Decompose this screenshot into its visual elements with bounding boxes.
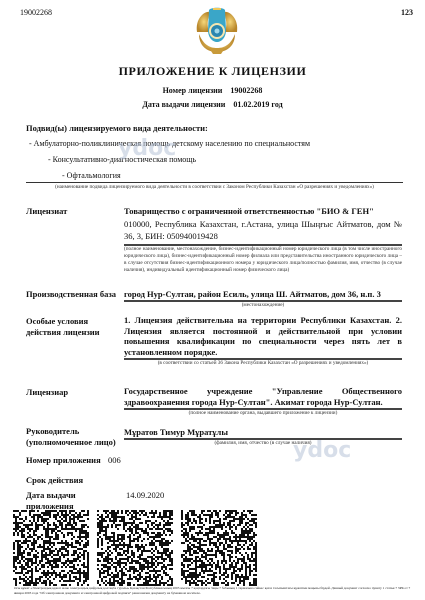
production-base-note: (местонахождение)	[124, 302, 402, 309]
appendix-date-label-line1: Дата выдачи	[26, 490, 76, 501]
licensee-note: (полное наименование, местонахождение, б…	[124, 246, 402, 274]
qr-code-icon	[13, 510, 89, 586]
special-conditions-label-line2: действия лицензии	[26, 327, 100, 338]
license-number-line: Номер лицензии 19002268	[0, 86, 425, 95]
head-label: Руководитель (уполномоченное лицо)	[26, 426, 116, 448]
head-label-line2: (уполномоченное лицо)	[26, 437, 116, 448]
qr-code-icon	[97, 510, 173, 586]
watermark: ydoc	[118, 136, 176, 161]
qr-code-icon	[181, 510, 257, 586]
appendix-number-label: Номер приложения	[26, 455, 101, 466]
production-base-label: Производственная база	[26, 289, 116, 300]
licensee-name: Товарищество с ограниченной ответственно…	[124, 205, 402, 217]
head-note: (фамилия, имя, отчество (в случае наличи…	[124, 440, 402, 447]
licensee-address: 010000, Республика Казахстан, г.Астана, …	[124, 218, 402, 242]
licensor-note: (полное наименование органа, выдавшего п…	[124, 410, 402, 417]
appendix-date-label: Дата выдачи приложения	[26, 490, 76, 512]
licensor-label: Лицензиар	[26, 387, 68, 398]
divider	[26, 182, 403, 183]
license-date-line: Дата выдачи лицензии 01.02.2019 год	[0, 100, 425, 109]
license-date-label: Дата выдачи лицензии	[142, 100, 225, 109]
subtypes-note: (наименование подвида лицензируемого вид…	[26, 184, 403, 191]
state-emblem-icon	[193, 4, 241, 58]
licensee-label: Лицензиат	[26, 206, 67, 217]
subtypes-heading: Подвид(ы) лицензируемого вида деятельнос…	[26, 123, 208, 133]
license-number-label: Номер лицензии	[163, 86, 223, 95]
page-title: ПРИЛОЖЕНИЕ К ЛИЦЕНЗИИ	[0, 64, 425, 79]
head-label-line1: Руководитель	[26, 426, 116, 437]
special-conditions-label: Особые условия действия лицензии	[26, 316, 100, 338]
special-conditions-note: (в соответствии со статьей 36 Закона Рес…	[124, 360, 402, 367]
license-date-value: 01.02.2019 год	[233, 100, 282, 109]
appendix-date-value: 14.09.2020	[126, 489, 404, 501]
special-conditions-value: 1. Лицензия действительна на территории …	[124, 315, 402, 357]
licensor-value: Государственное учреждение "Управление О…	[124, 386, 402, 407]
production-base-value: город Нур-Султан, район Есиль, улица Ш. …	[124, 288, 402, 300]
subtype-item: - Офтальмология	[62, 171, 121, 180]
footer-disclaimer: Осы құжат «Электрондық құжат және электр…	[14, 586, 411, 596]
appendix-number-value: 006	[108, 454, 386, 466]
validity-label: Срок действия	[26, 475, 83, 486]
document-number: 19002268	[20, 8, 52, 17]
license-number-value: 19002268	[230, 86, 262, 95]
page-number: 123	[401, 8, 413, 17]
special-conditions-label-line1: Особые условия	[26, 316, 100, 327]
head-value: Мұратов Тимур Мұратұлы	[124, 426, 402, 438]
